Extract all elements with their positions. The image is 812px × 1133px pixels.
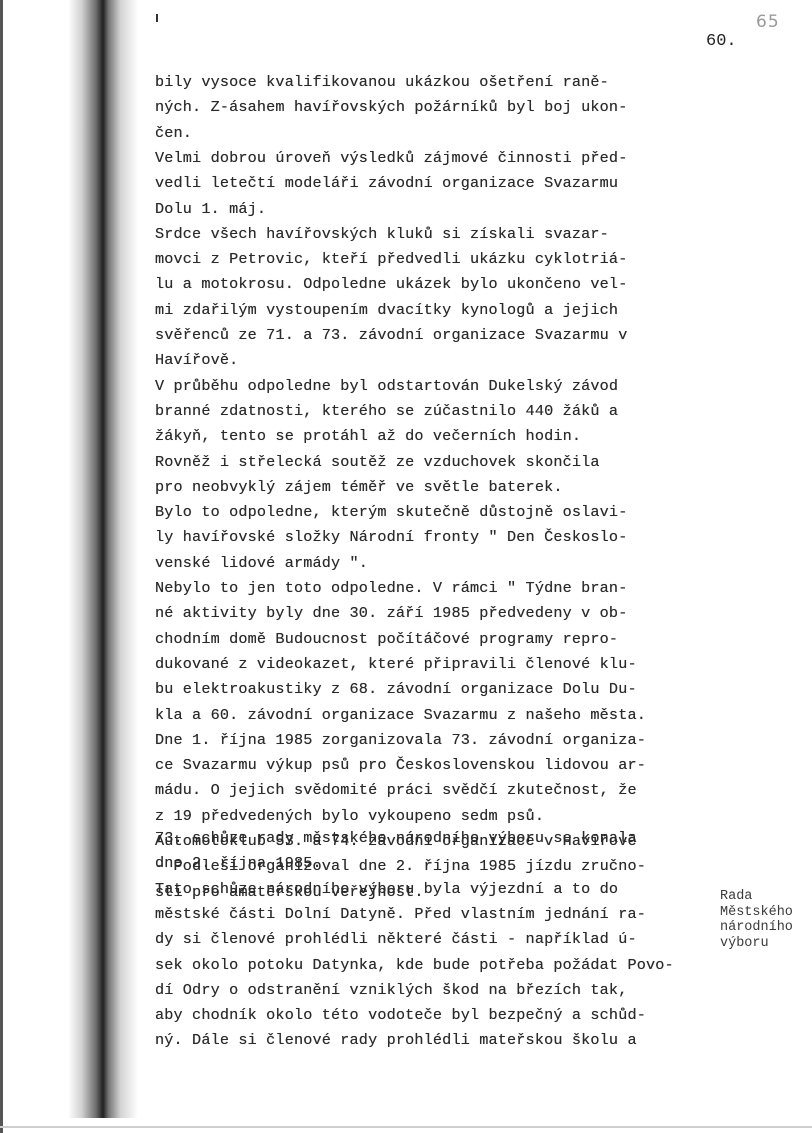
typed-tick-mark: [156, 14, 158, 22]
text-line: čen.: [155, 123, 192, 143]
text-line: Rovněž i střelecká soutěž ze vzduchovek …: [155, 452, 600, 472]
text-line: lu a motokrosu. Odpoledne ukázek bylo uk…: [155, 274, 627, 294]
text-line: ný. Dále si členové rady prohlédli mateř…: [155, 1030, 637, 1050]
text-line: Srdce všech havířovských kluků si získal…: [155, 224, 609, 244]
text-line: né aktivity byly dne 30. září 1985 předv…: [155, 603, 627, 623]
text-line: z 19 předvedených bylo vykoupeno sedm ps…: [155, 806, 544, 826]
text-line: branné zdatnosti, kterého se zúčastnilo …: [155, 401, 618, 421]
margin-note-line: Rada: [720, 889, 793, 905]
text-line: bu elektroakustiky z 68. závodní organiz…: [155, 679, 637, 699]
margin-note-line: výboru: [720, 936, 793, 952]
text-line: Bylo to odpoledne, kterým skutečně důsto…: [155, 502, 627, 522]
text-line: chodním domě Budoucnost počítáčové progr…: [155, 629, 618, 649]
text-line: Nebylo to jen toto odpoledne. V rámci " …: [155, 578, 627, 598]
text-line: V průběhu odpoledne byl odstartován Duke…: [155, 376, 618, 396]
text-line: dne 2. října 1985.: [155, 853, 322, 873]
text-line: ných. Z-ásahem havířovských požárníků by…: [155, 97, 627, 117]
text-line: mi zdařilým vystoupením dvacítky kynolog…: [155, 300, 618, 320]
text-line: ce Svazarmu výkup psů pro Československo…: [155, 755, 646, 775]
text-line: Velmi dobrou úroveň výsledků zájmové čin…: [155, 148, 627, 168]
binding-shadow: [68, 0, 138, 1118]
page-bottom-edge: [0, 1126, 812, 1128]
text-line: movci z Petrovic, kteří předvedli ukázku…: [155, 249, 627, 269]
text-line: svěřenců ze 71. a 73. závodní organizace…: [155, 325, 627, 345]
text-line: pro neobvyklý zájem téměř ve světle bate…: [155, 477, 563, 497]
margin-note-line: Městského: [720, 905, 793, 921]
text-line: Tato schůze národního výboru byla výjezd…: [155, 879, 618, 899]
text-line: 73. schůze rady městského národního výbo…: [155, 828, 637, 848]
margin-note-line: národního: [720, 920, 793, 936]
scan-edge: [0, 0, 3, 1133]
text-line: žákyň, tento se protáhl až do večerních …: [155, 426, 581, 446]
text-line: Dolu 1. máj.: [155, 199, 266, 219]
margin-note: RadaMěstskéhonárodníhovýboru: [720, 889, 793, 951]
text-line: dukované z videokazet, které připravili …: [155, 654, 637, 674]
archive-page-number: 65: [756, 12, 780, 32]
text-line: dí Odry o odstranění vzniklých škod na b…: [155, 980, 627, 1000]
text-line: aby chodník okolo této vodoteče byl bezp…: [155, 1005, 646, 1025]
text-line: bily vysoce kvalifikovanou ukázkou ošetř…: [155, 72, 609, 92]
text-line: Havířově.: [155, 350, 238, 370]
text-line: dy si členové prohlédli některé části - …: [155, 929, 637, 949]
text-line: městské části Dolní Datyně. Před vlastní…: [155, 904, 646, 924]
text-line: Dne 1. října 1985 zorganizovala 73. závo…: [155, 730, 646, 750]
text-line: venské lidové armády ".: [155, 553, 368, 573]
page-number: 60.: [706, 32, 737, 51]
text-line: ly havířovské složky Národní fronty " De…: [155, 527, 627, 547]
text-line: vedli letečtí modeláři závodní organizac…: [155, 173, 618, 193]
text-line: sek okolo potoku Datynka, kde bude potře…: [155, 955, 674, 975]
text-line: mádu. O jejich svědomité práci svědčí zk…: [155, 780, 637, 800]
text-line: kla a 60. závodní organizace Svazarmu z …: [155, 705, 646, 725]
